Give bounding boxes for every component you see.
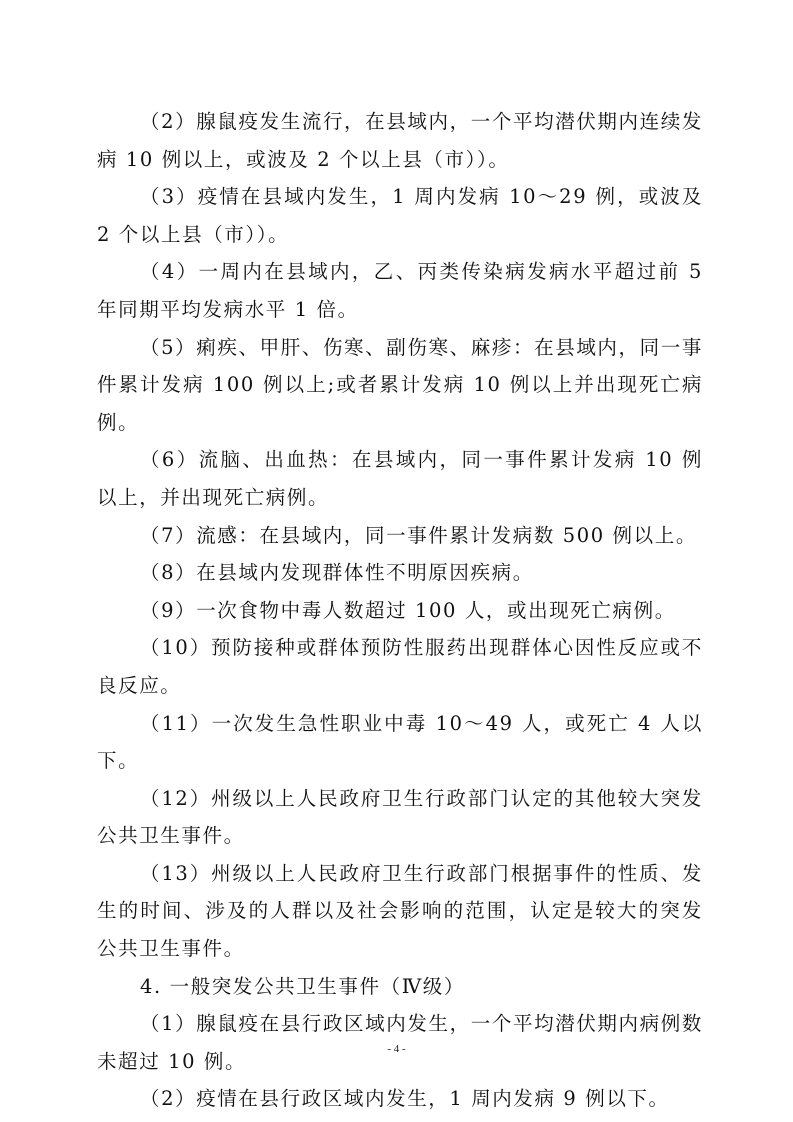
paragraph-item-6-meningitis-hemorrhagic: （6）流脑、出血热：在县域内，同一事件累计发病 10 例以上，并出现死亡病例。	[97, 441, 703, 516]
paragraph-item-10-vaccination-reaction: （10）预防接种或群体预防性服药出现群体心因性反应或不良反应。	[97, 629, 703, 704]
paragraph-item-3-county-epidemic: （3）疫情在县域内发生，1 周内发病 10～29 例，或波及 2 个以上县（市）…	[97, 178, 703, 253]
section-heading-level-iv: 4. 一般突发公共卫生事件（Ⅳ级）	[97, 968, 703, 1006]
paragraph-item-8-unknown-disease: （8）在县域内发现群体性不明原因疾病。	[97, 554, 703, 592]
document-body: （2）腺鼠疫发生流行，在县域内，一个平均潜伏期内连续发病 10 例以上，或波及 …	[97, 103, 703, 1118]
paragraph-item-9-food-poisoning: （9）一次食物中毒人数超过 100 人，或出现死亡病例。	[97, 592, 703, 630]
paragraph-level-iv-item-2-epidemic: （2）疫情在县行政区域内发生，1 周内发病 9 例以下。	[97, 1080, 703, 1118]
paragraph-item-4-class-bc-infectious: （4）一周内在县域内，乙、丙类传染病发病水平超过前 5 年同期平均发病水平 1 …	[97, 253, 703, 328]
paragraph-item-7-influenza: （7）流感：在县域内，同一事件累计发病数 500 例以上。	[97, 517, 703, 555]
paragraph-item-2-plague-outbreak: （2）腺鼠疫发生流行，在县域内，一个平均潜伏期内连续发病 10 例以上，或波及 …	[97, 103, 703, 178]
paragraph-item-5-dysentery-hepatitis: （5）痢疾、甲肝、伤寒、副伤寒、麻疹：在县域内，同一事件累计发病 100 例以上…	[97, 329, 703, 442]
paragraph-item-12-other-major-events: （12）州级以上人民政府卫生行政部门认定的其他较大突发公共卫生事件。	[97, 780, 703, 855]
page-number: - 4 -	[0, 1043, 793, 1055]
paragraph-item-13-determined-major-events: （13）州级以上人民政府卫生行政部门根据事件的性质、发生的时间、涉及的人群以及社…	[97, 855, 703, 968]
paragraph-item-11-occupational-poisoning: （11）一次发生急性职业中毒 10～49 人，或死亡 4 人以下。	[97, 705, 703, 780]
